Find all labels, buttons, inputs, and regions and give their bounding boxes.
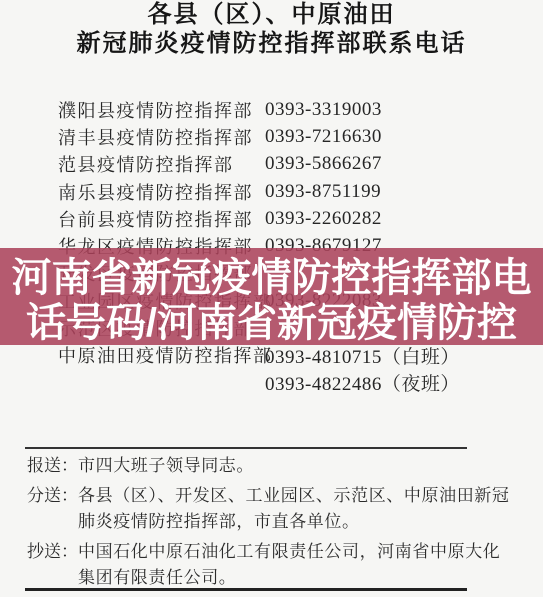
distribution-entry: 报送： 市四大班子领导同志。 <box>27 453 515 479</box>
entry-label: 抄送： <box>27 539 78 591</box>
phone-number: 0393-4822486（夜班） <box>265 369 460 396</box>
separator-line-bottom <box>25 588 467 591</box>
distribution-entry: 分送： 各县（区）、开发区、工业园区、示范区、中原油田新冠肺炎疫情防控指挥部，市… <box>27 483 515 535</box>
phone-number: 0393-5866267 <box>265 153 382 175</box>
entry-text: 市四大班子领导同志。 <box>78 453 515 479</box>
phone-number: 0393-3319003 <box>265 99 382 121</box>
directory-row: 清丰县疫情防控指挥部 0393-7216630 <box>0 123 543 150</box>
org-name: 清丰县疫情防控指挥部 <box>58 124 265 150</box>
entry-label: 分送： <box>27 483 78 535</box>
distribution-entry: 抄送： 中国石化中原石油化工有限责任公司，河南省中原大化集团有限责任公司。 <box>27 539 515 591</box>
phone-number: 0393-8751199 <box>265 181 381 203</box>
entry-text: 各县（区）、开发区、工业园区、示范区、中原油田新冠肺炎疫情防控指挥部，市直各单位… <box>78 483 515 535</box>
overlay-caption-banner: 河南省新冠疫情防控指挥部电 话号码/河南省新冠疫情防控 <box>0 248 543 345</box>
org-name: 濮阳县疫情防控指挥部 <box>58 97 265 123</box>
org-name: 中原油田疫情防控指挥部 <box>58 342 265 368</box>
entry-label: 报送： <box>27 453 78 479</box>
phone-directory: 濮阳县疫情防控指挥部 0393-3319003 清丰县疫情防控指挥部 0393-… <box>0 96 543 396</box>
phone-number: 0393-2260282 <box>265 208 382 230</box>
org-name: 范县疫情防控指挥部 <box>58 151 265 177</box>
document-page: 各县（区）、中原油田 新冠肺炎疫情防控指挥部联系电话 濮阳县疫情防控指挥部 03… <box>0 0 543 597</box>
directory-row: 台前县疫情防控指挥部 0393-2260282 <box>0 205 543 232</box>
directory-row: 0393-4822486（夜班） <box>0 369 543 396</box>
org-name: 台前县疫情防控指挥部 <box>58 206 265 232</box>
title-line-1: 各县（区）、中原油田 <box>0 1 543 30</box>
entry-text: 中国石化中原石油化工有限责任公司，河南省中原大化集团有限责任公司。 <box>78 539 515 591</box>
directory-row: 范县疫情防控指挥部 0393-5866267 <box>0 151 543 178</box>
banner-line-1: 河南省新冠疫情防控指挥部电 <box>0 256 543 301</box>
phone-number: 0393-7216630 <box>265 126 382 148</box>
separator-line-top <box>25 447 467 449</box>
distribution-notes: 报送： 市四大班子领导同志。 分送： 各县（区）、开发区、工业园区、示范区、中原… <box>27 453 515 595</box>
document-title: 各县（区）、中原油田 新冠肺炎疫情防控指挥部联系电话 <box>0 1 543 59</box>
banner-line-2: 话号码/河南省新冠疫情防控 <box>0 301 543 346</box>
org-name: 南乐县疫情防控指挥部 <box>58 179 265 205</box>
directory-row: 濮阳县疫情防控指挥部 0393-3319003 <box>0 96 543 123</box>
title-line-2: 新冠肺炎疫情防控指挥部联系电话 <box>0 30 543 59</box>
directory-row: 南乐县疫情防控指挥部 0393-8751199 <box>0 178 543 205</box>
